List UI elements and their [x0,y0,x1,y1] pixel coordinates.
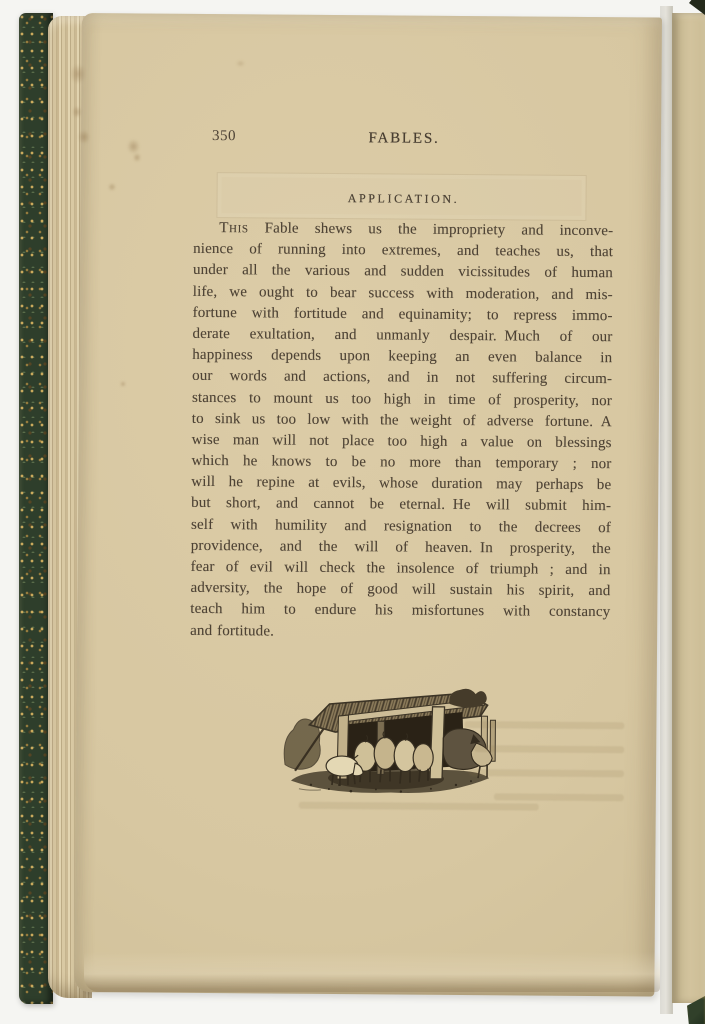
stain [133,153,141,162]
stain [70,64,86,84]
show-through-line [474,745,624,753]
show-through-line [469,769,624,777]
stain [236,60,245,67]
body-line: life, we ought to bear success with mode… [193,281,613,305]
running-head: FABLES. [194,129,614,149]
stain [78,130,90,144]
body-line: under all the various and sudden vicissi… [193,260,613,284]
lead-word: This [219,220,248,236]
page-header: 350 FABLES. [194,128,614,151]
facing-page-edge [672,13,705,1003]
body-line: self with humility and resignation to th… [191,514,611,538]
book-photo: 350 FABLES. APPLICATION. This Fable shew… [0,0,705,1024]
body-line: teach him to endure his misfortunes with… [190,599,610,623]
stain [120,381,126,387]
show-through-line [299,802,539,811]
body-line: stances to mount us too high in time of … [192,387,612,411]
stain [108,183,116,191]
book-page: 350 FABLES. APPLICATION. This Fable shew… [74,13,662,997]
stain [72,106,82,118]
stain [127,139,140,154]
show-through-line [494,793,624,801]
body-line: and fortitude. [190,620,610,644]
body-line: but short, and cannot be eternal. He wil… [191,493,611,517]
body-line: our words and actions, and in not suffer… [192,366,612,390]
body-line-text: Fable shews us the impropriety and incon… [249,220,614,239]
body-paragraph: This Fable shews us the impropriety and … [190,218,613,645]
show-through-line [464,721,624,729]
illustration-pigs: Wood-engraved vignette of a sow and pigl… [281,685,500,799]
